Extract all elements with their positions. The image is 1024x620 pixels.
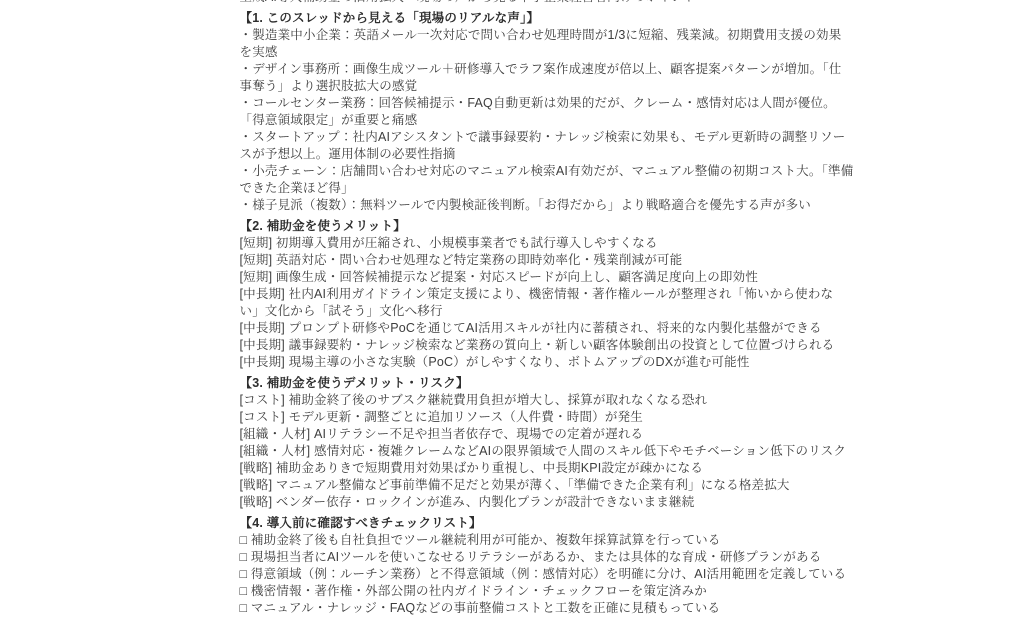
text-line: [戦略] マニュアル整備など事前準備不足だと効果が薄く、「準備できた企業有利」に… xyxy=(240,477,785,494)
section-2: 【2. 補助金を使うメリット】[短期] 初期導入費用が圧縮され、小規模事業者でも… xyxy=(240,218,785,371)
text-line: [中長期] 議事録要約・ナレッジ検索など業務の質向上・新しい顧客体験創出の投資と… xyxy=(240,337,785,354)
text-line: [組織・人材] 感情対応・複雑クレームなどAIの限界領域で人間のスキル低下やモチ… xyxy=(240,443,785,460)
section-3: 【3. 補助金を使うデメリット・リスク】[コスト] 補助金終了後のサブスク継続費… xyxy=(240,375,785,511)
text-line: い」文化から「試そう」文化へ移行 xyxy=(240,303,785,320)
text-line: [短期] 画像生成・回答候補提示など提案・対応スピードが向上し、顧客満足度向上の… xyxy=(240,269,785,286)
text-line: □ 現場担当者にAIツールを使いこなせるリテラシーがあるか、または具体的な育成・… xyxy=(240,549,785,566)
section-1: 【1. このスレッドから見える「現場のリアルな声」】・製造業中小企業：英語メール… xyxy=(240,10,785,214)
text-line: 「得意領域限定」が重要と痛感 xyxy=(240,112,785,129)
text-line: □ 補助金終了後も自社負担でツール継続利用が可能か、複数年採算試算を行っている xyxy=(240,532,785,549)
text-line: ・小売チェーン：店舗問い合わせ対応のマニュアル検索AI有効だが、マニュアル整備の… xyxy=(240,163,785,180)
text-line: [中長期] 社内AI利用ガイドライン策定支援により、機密情報・著作権ルールが整理… xyxy=(240,286,785,303)
section-heading: 【4. 導入前に確認すべきチェックリスト】 xyxy=(240,515,785,532)
text-line: □ 得意領域（例：ルーチン業務）と不得意領域（例：感情対応）を明確に分け、AI活… xyxy=(240,566,785,583)
text-line: ・スタートアップ：社内AIアシスタントで議事録要約・ナレッジ検索に効果も、モデル… xyxy=(240,129,785,146)
text-line: ・デザイン事務所：画像生成ツール＋研修導入でラフ案作成速度が倍以上、顧客提案パタ… xyxy=(240,61,785,78)
clipped-title-line: 生成AI導入補助金の活用拡大・現場の声から見る中小企業経営者向けのポイント xyxy=(240,0,785,6)
text-line: スが予想以上。運用体制の必要性指摘 xyxy=(240,146,785,163)
text-line: [中長期] プロンプト研修やPoCを通じてAI活用スキルが社内に蓄積され、将来的… xyxy=(240,320,785,337)
text-line: [コスト] 補助金終了後のサブスク継続費用負担が増大し、採算が取れなくなる恐れ xyxy=(240,392,785,409)
text-line: ・様子見派（複数）：無料ツールで内製検証後判断。「お得だから」より戦略適合を優先… xyxy=(240,197,785,214)
text-line: [中長期] 現場主導の小さな実験（PoC）がしやすくなり、ボトムアップのDXが進… xyxy=(240,354,785,371)
text-line: ・製造業中小企業：英語メール一次対応で問い合わせ処理時間が1/3に短縮、残業減。… xyxy=(240,27,785,44)
text-line: を実感 xyxy=(240,44,785,61)
text-line: できた企業ほど得」 xyxy=(240,180,785,197)
text-line: □ 機密情報・著作権・外部公開の社内ガイドライン・チェックフローを策定済みか xyxy=(240,583,785,600)
text-line: [短期] 英語対応・問い合わせ処理など特定業務の即時効率化・残業削減が可能 xyxy=(240,252,785,269)
section-heading: 【2. 補助金を使うメリット】 xyxy=(240,218,785,235)
section-heading: 【3. 補助金を使うデメリット・リスク】 xyxy=(240,375,785,392)
text-line: □ マニュアル・ナレッジ・FAQなどの事前整備コストと工数を正確に見積もっている xyxy=(240,600,785,617)
text-line: [組織・人材] AIリテラシー不足や担当者依存で、現場での定着が遅れる xyxy=(240,426,785,443)
document-sections: 【1. このスレッドから見える「現場のリアルな声」】・製造業中小企業：英語メール… xyxy=(240,10,785,617)
text-line: 事奪う」より選択肢拡大の感覚 xyxy=(240,78,785,95)
text-line: [コスト] モデル更新・調整ごとに追加リソース（人件費・時間）が発生 xyxy=(240,409,785,426)
section-heading: 【1. このスレッドから見える「現場のリアルな声」】 xyxy=(240,10,785,27)
text-line: [戦略] ベンダー依存・ロックインが進み、内製化プランが設計できないまま継続 xyxy=(240,494,785,511)
section-4: 【4. 導入前に確認すべきチェックリスト】□ 補助金終了後も自社負担でツール継続… xyxy=(240,515,785,617)
text-line: ・コールセンター業務：回答候補提示・FAQ自動更新は効果的だが、クレーム・感情対… xyxy=(240,95,785,112)
text-line: [戦略] 補助金ありきで短期費用対効果ばかり重視し、中長期KPI設定が疎かになる xyxy=(240,460,785,477)
document-body: 生成AI導入補助金の活用拡大・現場の声から見る中小企業経営者向けのポイント 【1… xyxy=(240,0,785,617)
text-line: [短期] 初期導入費用が圧縮され、小規模事業者でも試行導入しやすくなる xyxy=(240,235,785,252)
